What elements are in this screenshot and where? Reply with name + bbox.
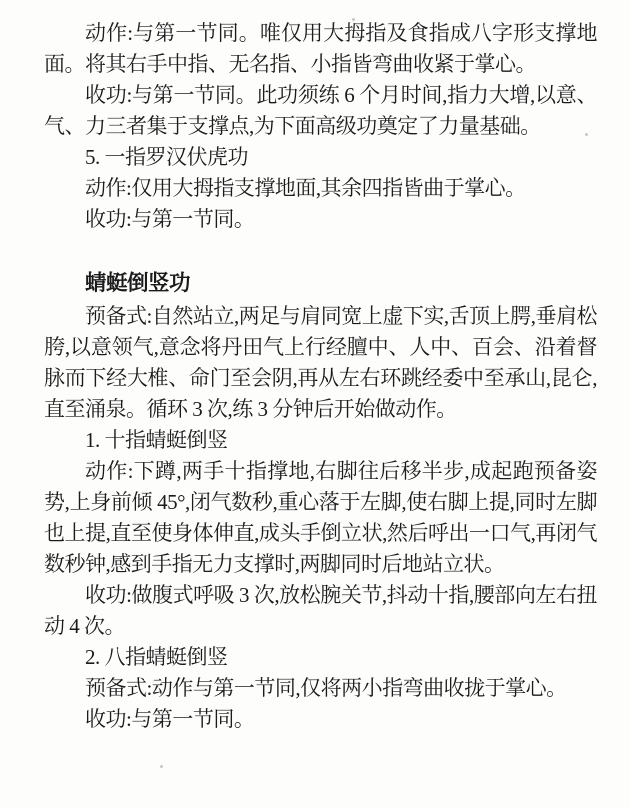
paragraph: 动作:仅用大拇指支撑地面,其余四指皆曲于掌心。 <box>44 173 597 204</box>
numbered-subheading: 2. 八指蜻蜓倒竖 <box>44 642 597 673</box>
numbered-subheading: 5. 一指罗汉伏虎功 <box>44 142 597 173</box>
paragraph: 收功:与第一节同。 <box>44 204 597 235</box>
paragraph: 收功:与第一节同。 <box>44 704 597 735</box>
scan-speck <box>585 133 588 136</box>
scanned-page: 动作:与第一节同。唯仅用大拇指及食指成八字形支撑地面。将其右手中指、无名指、小指… <box>44 18 597 735</box>
section-heading: 蜻蜓倒竖功 <box>44 268 597 299</box>
paragraph: 动作:下蹲,两手十指撑地,右脚往后移半步,成起跑预备姿势,上身前倾 45°,闭气… <box>44 456 597 580</box>
paragraph: 预备式:动作与第一节同,仅将两小指弯曲收拢于掌心。 <box>44 673 597 704</box>
scan-speck <box>297 470 300 473</box>
numbered-subheading: 1. 十指蜻蜓倒竖 <box>44 425 597 456</box>
paragraph: 动作:与第一节同。唯仅用大拇指及食指成八字形支撑地面。将其右手中指、无名指、小指… <box>44 18 597 80</box>
paragraph: 预备式:自然站立,两足与肩同宽上虚下实,舌顶上腭,垂肩松胯,以意领气,意念将丹田… <box>44 301 597 425</box>
scan-speck <box>352 18 355 21</box>
text-column: 动作:与第一节同。唯仅用大拇指及食指成八字形支撑地面。将其右手中指、无名指、小指… <box>44 18 597 735</box>
paragraph: 收功:做腹式呼吸 3 次,放松腕关节,抖动十指,腰部向左右扭动 4 次。 <box>44 580 597 642</box>
scan-speck <box>160 765 163 768</box>
paragraph: 收功:与第一节同。此功须练 6 个月时间,指力大增,以意、气、力三者集于支撑点,… <box>44 80 597 142</box>
